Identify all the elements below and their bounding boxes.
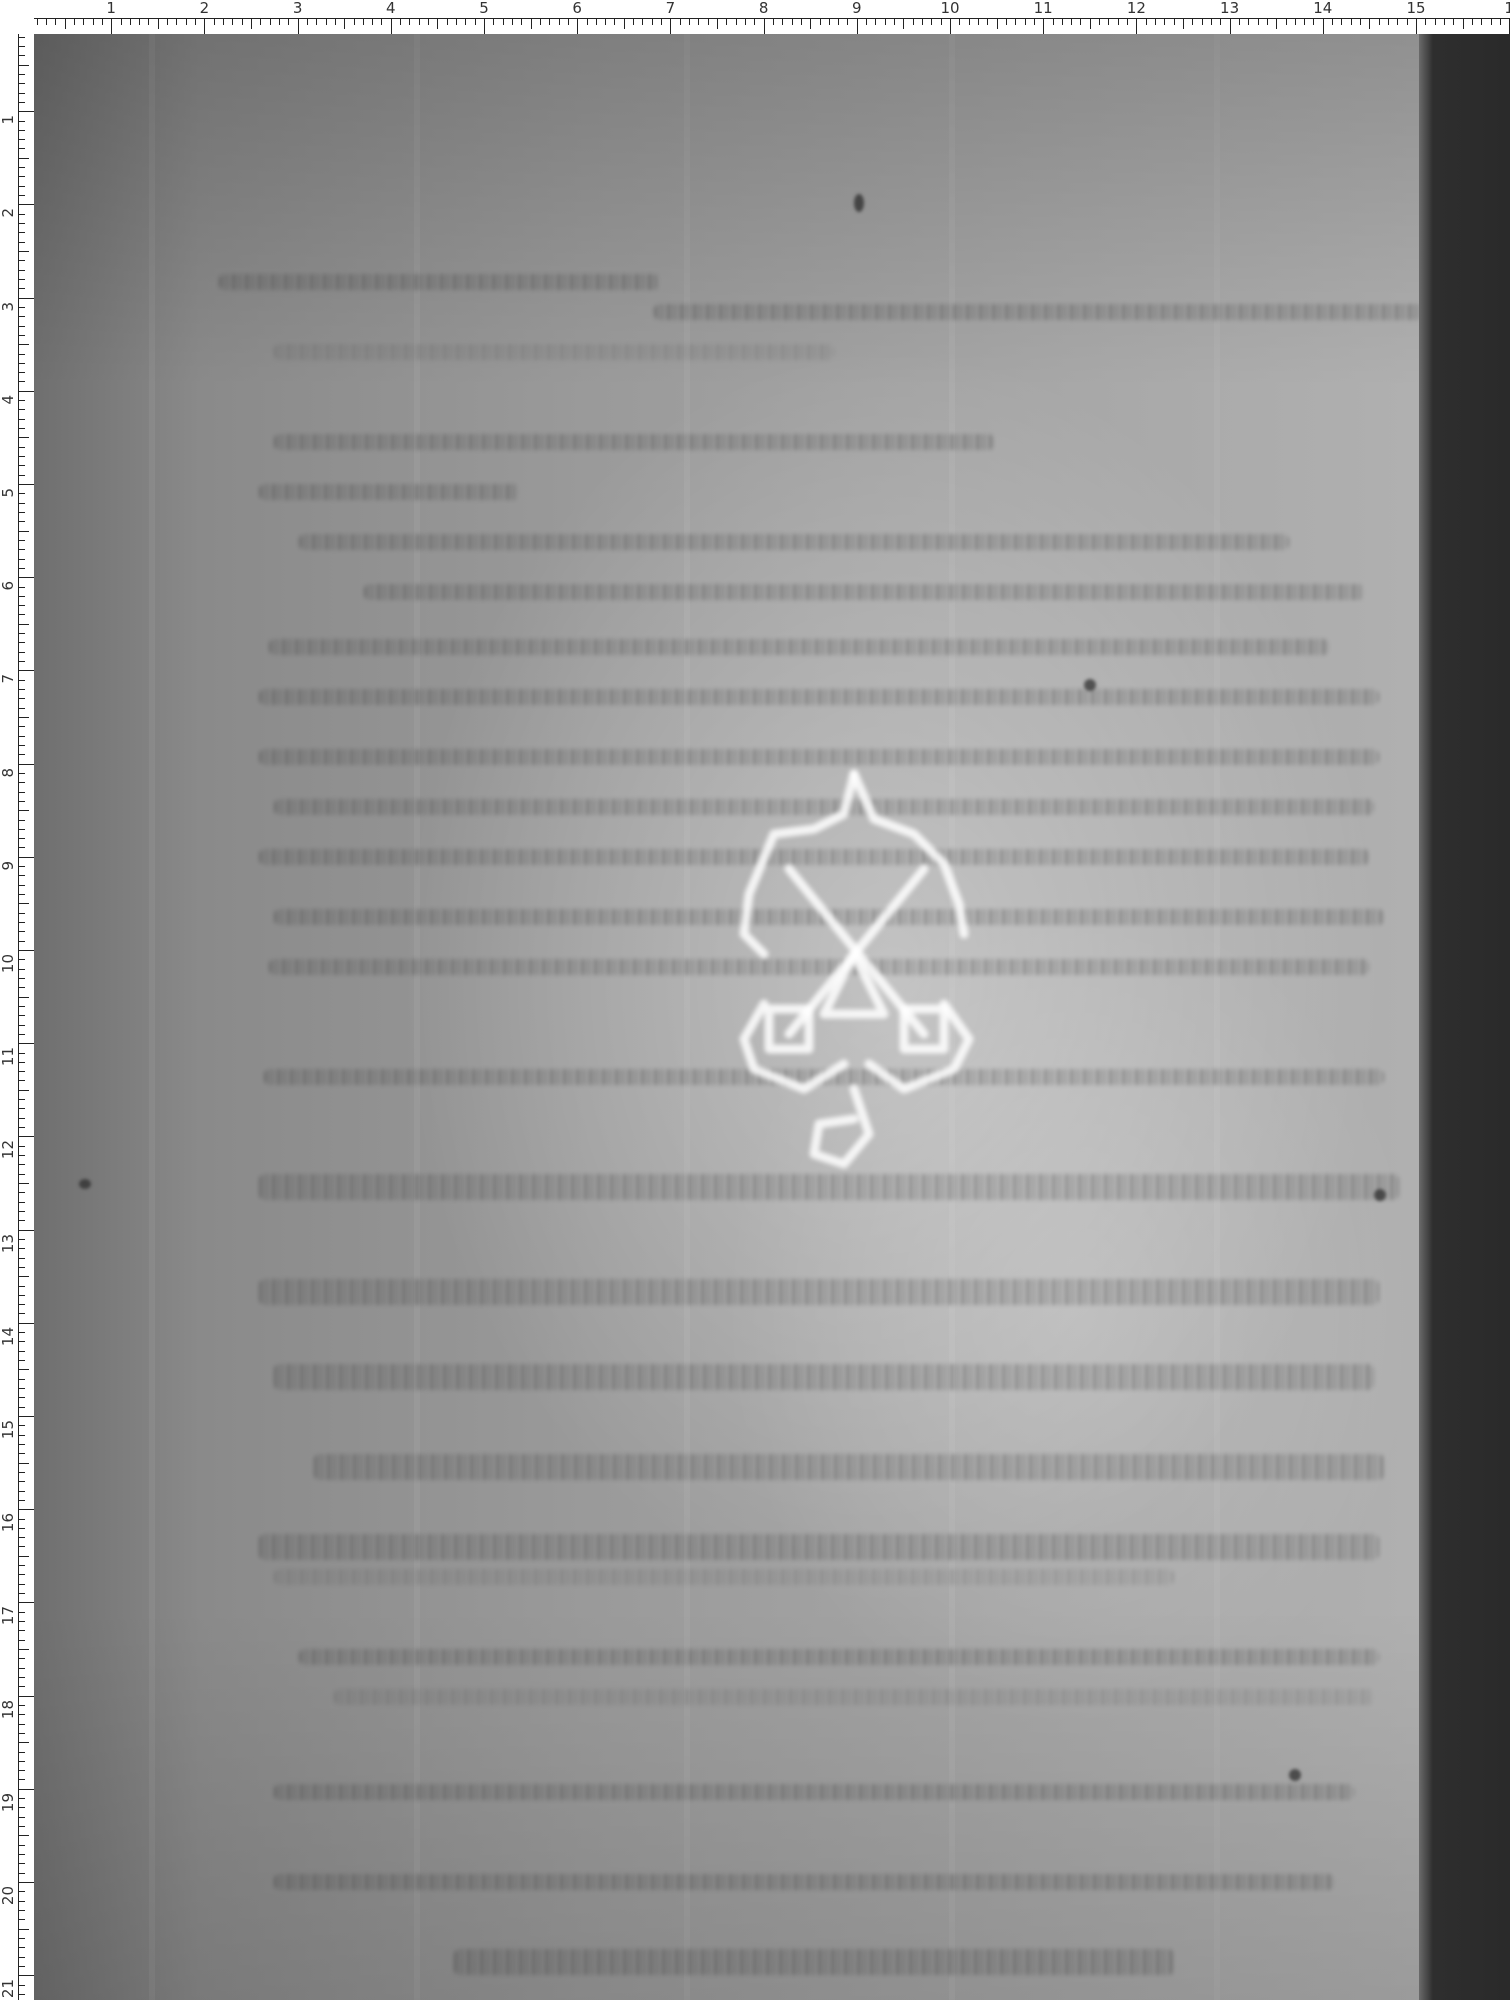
ruler-label: 1 — [106, 0, 116, 16]
ruler-tick — [18, 1686, 25, 1687]
ruler-tick — [1360, 18, 1361, 25]
ruler-tick — [18, 1509, 34, 1510]
ruler-tick — [18, 1500, 25, 1501]
ink-spot — [1289, 1769, 1301, 1781]
ruler-tick — [642, 18, 643, 25]
ruler-tick — [605, 18, 606, 25]
text-line — [264, 1069, 1384, 1085]
ruler-tick — [18, 1463, 29, 1464]
ruler-tick — [18, 298, 34, 299]
ruler-tick — [18, 1108, 25, 1109]
ruler-label: 6 — [572, 0, 582, 16]
ruler-label: 14 — [0, 1327, 16, 1346]
ruler-tick — [18, 894, 25, 895]
text-line — [269, 639, 1329, 655]
ruler-tick — [18, 1230, 34, 1231]
ruler-tick — [18, 568, 25, 569]
ruler-tick — [18, 1630, 25, 1631]
ruler-tick — [568, 18, 569, 25]
ruler-tick — [1053, 18, 1054, 25]
ruler-tick — [1220, 18, 1221, 25]
ruler-tick — [251, 18, 252, 29]
ruler-tick — [18, 1369, 29, 1370]
ruler-tick — [503, 18, 504, 25]
ruler-tick — [18, 55, 25, 56]
ruler-tick — [18, 186, 25, 187]
ruler-tick — [838, 18, 839, 25]
ruler-tick — [1202, 18, 1203, 25]
ruler-tick — [18, 587, 25, 588]
ruler-tick — [18, 829, 25, 830]
ruler-tick — [18, 1985, 25, 1986]
ruler-tick — [18, 1127, 25, 1128]
ruler-label: 11 — [1034, 0, 1053, 16]
ruler-tick — [18, 223, 25, 224]
ruler-tick — [18, 74, 25, 75]
ruler-tick — [18, 838, 25, 839]
ruler-tick — [810, 18, 811, 29]
ruler-tick — [18, 1174, 25, 1175]
ruler-label: 4 — [386, 0, 396, 16]
ruler-tick — [167, 18, 168, 25]
ruler-tick — [391, 18, 392, 34]
ruler-tick — [18, 1546, 25, 1547]
ruler-tick — [18, 670, 34, 671]
ruler-tick — [1025, 18, 1026, 25]
ruler-tick — [18, 1295, 25, 1296]
ruler-tick — [18, 875, 25, 876]
text-line — [274, 799, 1374, 815]
ruler-tick — [1183, 18, 1184, 29]
ruler-tick — [18, 717, 29, 718]
ruler-tick — [18, 363, 25, 364]
ink-spot — [854, 194, 864, 212]
ruler-tick — [1463, 18, 1464, 29]
ruler-tick — [18, 1239, 25, 1240]
ruler-tick — [18, 83, 25, 84]
ruler-tick — [18, 1136, 34, 1137]
ruler-tick — [18, 1164, 25, 1165]
chain-line — [684, 34, 690, 2000]
ruler-tick — [18, 381, 25, 382]
ruler-tick — [1071, 18, 1072, 25]
ruler-tick — [857, 18, 858, 34]
ink-spot — [1374, 1189, 1386, 1201]
ruler-tick — [18, 484, 34, 485]
ruler-tick — [624, 18, 625, 29]
ruler-tick — [18, 997, 29, 998]
ruler-tick — [18, 307, 25, 308]
ruler-tick — [512, 18, 513, 25]
ruler-tick — [65, 18, 66, 29]
ruler-tick — [698, 18, 699, 25]
ruler-tick — [18, 400, 25, 401]
ruler-label: 20 — [0, 1886, 16, 1905]
ruler-tick — [18, 1761, 25, 1762]
ruler-tick — [18, 782, 25, 783]
chain-line — [149, 34, 155, 2000]
ruler-label: 6 — [0, 581, 16, 591]
ruler-tick — [18, 1006, 25, 1007]
ruler-tick — [18, 642, 25, 643]
ruler-tick — [214, 18, 215, 25]
ruler-tick — [18, 316, 25, 317]
ruler-label: 1 — [0, 115, 16, 125]
ruler-tick — [614, 18, 615, 25]
chain-line — [414, 34, 420, 2000]
ruler-tick — [18, 1351, 25, 1352]
ruler-tick — [18, 726, 25, 727]
text-line — [274, 909, 1384, 925]
ruler-tick — [18, 978, 25, 979]
ruler-label: 3 — [0, 302, 16, 312]
ruler-tick — [680, 18, 681, 25]
ruler-tick — [1174, 18, 1175, 25]
ruler-label: 10 — [940, 0, 959, 16]
ruler-tick — [18, 680, 25, 681]
ruler-tick — [335, 18, 336, 25]
ruler-tick — [18, 1155, 25, 1156]
ruler-tick — [18, 1640, 25, 1641]
ruler-tick — [18, 1919, 25, 1920]
ruler-tick — [18, 847, 25, 848]
ruler-label: 2 — [200, 0, 210, 16]
ruler-tick — [18, 1807, 25, 1808]
text-line — [269, 959, 1369, 975]
ruler-tick — [633, 18, 634, 25]
ruler-tick — [18, 736, 25, 737]
ruler-tick — [1099, 18, 1100, 25]
ruler-tick — [316, 18, 317, 25]
ruler-tick — [1118, 18, 1119, 25]
ruler-tick — [1286, 18, 1287, 25]
ruler-tick — [18, 1034, 25, 1035]
ruler-tick — [18, 1062, 25, 1063]
ruler-tick — [475, 18, 476, 25]
ruler-tick — [922, 18, 923, 25]
ruler-tick — [661, 18, 662, 25]
ruler-tick — [18, 1779, 25, 1780]
ruler-label: 7 — [0, 674, 16, 684]
text-line — [259, 1534, 1379, 1560]
ruler-tick — [18, 820, 25, 821]
ruler-tick — [773, 18, 774, 25]
ruler-tick — [736, 18, 737, 25]
ruler-tick — [18, 941, 25, 942]
ruler-tick — [18, 139, 25, 140]
ruler-tick — [18, 773, 25, 774]
ruler-tick — [959, 18, 960, 25]
ruler-tick — [18, 1043, 34, 1044]
ruler-tick — [18, 1677, 25, 1678]
ruler-tick — [1313, 18, 1314, 25]
ruler-tick — [18, 279, 25, 280]
ruler-tick — [18, 1202, 25, 1203]
ruler-tick — [493, 18, 494, 25]
ruler-tick — [894, 18, 895, 25]
ruler-tick — [18, 1360, 25, 1361]
ruler-tick — [18, 745, 25, 746]
text-line — [219, 274, 659, 290]
ruler-tick — [1211, 18, 1212, 25]
ruler-tick — [18, 1789, 34, 1790]
ruler-label: 16 — [0, 1513, 16, 1532]
ruler-tick — [186, 18, 187, 25]
ruler-tick — [18, 959, 25, 960]
ruler-tick — [596, 18, 597, 25]
ruler-tick — [997, 18, 998, 29]
ruler-label: 17 — [0, 1606, 16, 1625]
ruler-tick — [18, 1519, 25, 1520]
text-line — [299, 1649, 1379, 1665]
text-line — [274, 434, 994, 450]
ruler-tick — [18, 111, 34, 112]
ruler-tick — [764, 18, 765, 34]
ruler-tick — [419, 18, 420, 25]
text-line — [259, 1279, 1379, 1305]
ruler-tick — [18, 270, 25, 271]
ruler-tick — [18, 130, 25, 131]
ruler-tick — [18, 456, 25, 457]
ruler-tick — [18, 288, 25, 289]
ruler-tick — [18, 1975, 34, 1976]
ruler-tick — [1258, 18, 1259, 25]
ruler-tick — [1453, 18, 1454, 25]
ruler-tick — [18, 1957, 25, 1958]
ruler-tick — [18, 801, 25, 802]
crossed-keys-watermark-icon — [694, 754, 1014, 1214]
ruler-tick — [232, 18, 233, 25]
ruler-tick — [1304, 18, 1305, 25]
ruler-tick — [1472, 18, 1473, 25]
ruler-tick — [270, 18, 271, 25]
ruler-tick — [354, 18, 355, 25]
text-line — [299, 534, 1289, 550]
ruler-tick — [18, 866, 25, 867]
ruler-tick — [540, 18, 541, 25]
ruler-tick — [83, 18, 84, 25]
ruler-tick — [18, 1584, 25, 1585]
text-line — [259, 689, 1379, 705]
ruler-tick — [18, 614, 25, 615]
ruler-tick — [18, 1332, 25, 1333]
ruler-label: 8 — [0, 768, 16, 778]
ruler-label: 1 — [1504, 0, 1510, 16]
ruler-tick — [18, 754, 25, 755]
ruler-tick — [121, 18, 122, 25]
ruler-tick — [1276, 18, 1277, 29]
text-line — [274, 344, 834, 360]
ruler-tick — [18, 857, 34, 858]
ruler-tick — [931, 18, 932, 25]
ruler-tick — [18, 1593, 25, 1594]
ruler-tick — [18, 158, 29, 159]
ruler-tick — [381, 18, 382, 25]
text-line — [274, 1569, 1174, 1585]
ruler-tick — [18, 1752, 25, 1753]
ruler-tick — [18, 1491, 25, 1492]
ruler-tick — [18, 577, 34, 578]
ruler-tick — [18, 689, 25, 690]
ruler-tick — [577, 18, 578, 34]
ruler-tick — [18, 1425, 25, 1426]
ruler-tick — [1006, 18, 1007, 25]
ruler-tick — [18, 1574, 25, 1575]
ruler-tick — [18, 605, 25, 606]
ruler-tick — [689, 18, 690, 25]
ruler-tick — [1481, 18, 1482, 25]
ruler-tick — [18, 1397, 25, 1398]
ruler-tick — [437, 18, 438, 29]
text-line — [654, 304, 1424, 320]
ruler-tick — [18, 913, 25, 914]
ruler-tick — [745, 18, 746, 25]
ruler-label: 9 — [0, 861, 16, 871]
ruler-tick — [18, 698, 25, 699]
ruler-tick — [18, 167, 25, 168]
ruler-tick — [18, 1388, 25, 1389]
ruler-tick — [18, 195, 25, 196]
ruler-tick — [1192, 18, 1193, 25]
ruler-tick — [46, 18, 47, 25]
ruler-tick — [465, 18, 466, 25]
ruler-tick — [18, 1416, 34, 1417]
ruler-tick — [18, 1910, 25, 1911]
ruler-tick — [18, 1220, 25, 1221]
ruler-label: 19 — [0, 1793, 16, 1812]
ruler-tick — [372, 18, 373, 25]
ruler-tick — [18, 1211, 25, 1212]
text-line — [274, 1784, 1354, 1800]
ruler-tick — [18, 1472, 25, 1473]
ruler-tick — [866, 18, 867, 25]
ruler-left: 123456789101112131415161718192021 — [0, 0, 34, 2000]
ruler-tick — [18, 1080, 25, 1081]
ruler-tick — [717, 18, 718, 29]
ruler-tick — [1369, 18, 1370, 29]
ruler-tick — [587, 18, 588, 25]
ruler-tick — [18, 969, 25, 970]
text-line — [274, 1874, 1334, 1890]
ruler-tick — [18, 1602, 34, 1603]
ruler-tick — [1164, 18, 1165, 25]
ruler-tick — [1136, 18, 1137, 34]
ruler-tick — [18, 531, 29, 532]
ruler-tick — [1323, 18, 1324, 34]
ruler-label: 21 — [0, 1979, 16, 1998]
ruler-tick — [223, 18, 224, 25]
ruler-tick — [484, 18, 485, 34]
ruler-tick — [18, 148, 25, 149]
ruler-tick — [18, 1276, 29, 1277]
ruler-tick — [1407, 18, 1408, 25]
ruler-tick — [1388, 18, 1389, 25]
ruler-tick — [18, 475, 25, 476]
ruler-tick — [18, 1435, 25, 1436]
ruler-label: 12 — [1127, 0, 1146, 16]
ruler-tick — [18, 1015, 25, 1016]
ruler-tick — [18, 1258, 25, 1259]
ruler-tick — [18, 1854, 25, 1855]
ruler-tick — [18, 121, 25, 122]
ruler-tick — [18, 465, 25, 466]
text-line — [259, 484, 519, 500]
ruler-tick — [18, 1379, 25, 1380]
ruler-tick — [18, 447, 25, 448]
ruler-tick — [1230, 18, 1231, 34]
ruler-tick — [559, 18, 560, 25]
ruler-label: 18 — [0, 1700, 16, 1719]
ruler-tick — [130, 18, 131, 25]
ruler-tick — [18, 1658, 25, 1659]
ruler-tick — [18, 1845, 25, 1846]
ruler-tick — [18, 549, 25, 550]
ruler-tick — [18, 1481, 25, 1482]
ruler-tick — [18, 1565, 25, 1566]
ruler-tick — [279, 18, 280, 25]
ruler-tick — [18, 624, 29, 625]
ruler-corner — [0, 0, 34, 34]
ruler-tick — [1267, 18, 1268, 25]
ruler-tick — [531, 18, 532, 29]
ruler-tick — [18, 1146, 25, 1147]
ruler-tick — [409, 18, 410, 25]
text-line — [259, 849, 1369, 865]
ruler-label: 11 — [0, 1047, 16, 1066]
ruler-tick — [18, 176, 25, 177]
ruler-tick — [148, 18, 149, 25]
ruler-tick — [820, 18, 821, 25]
text-line — [259, 1174, 1399, 1200]
ruler-tick — [941, 18, 942, 25]
ruler-tick — [18, 93, 25, 94]
ruler-tick — [400, 18, 401, 25]
ruler-tick — [447, 18, 448, 25]
ruler-tick — [363, 18, 364, 25]
ruler-tick — [18, 428, 25, 429]
ruler-tick — [18, 1612, 25, 1613]
ruler-tick — [549, 18, 550, 25]
ruler-tick — [18, 204, 34, 205]
ruler-tick — [18, 1929, 29, 1930]
ruler-tick — [18, 1891, 25, 1892]
ruler-tick — [1062, 18, 1063, 25]
ruler-tick — [18, 1528, 25, 1529]
ruler-tick — [18, 521, 25, 522]
ruler-label: 9 — [852, 0, 862, 16]
ruler-tick — [1015, 18, 1016, 25]
ruler-tick — [1295, 18, 1296, 25]
ruler-tick — [913, 18, 914, 25]
ruler-tick — [102, 18, 103, 25]
ruler-tick — [829, 18, 830, 25]
ruler-tick — [18, 354, 25, 355]
ruler-label: 3 — [293, 0, 303, 16]
ruler-tick — [18, 1938, 25, 1939]
ruler-tick — [792, 18, 793, 25]
ruler-tick — [18, 1453, 25, 1454]
text-line — [259, 749, 1379, 765]
ruler-tick — [18, 987, 25, 988]
chain-line — [949, 34, 955, 2000]
ruler-label: 7 — [666, 0, 676, 16]
ruler-tick — [18, 559, 25, 560]
ruler-tick — [18, 792, 25, 793]
ruler-tick — [288, 18, 289, 25]
ruler-tick — [18, 1835, 29, 1836]
ruler-tick — [708, 18, 709, 25]
ruler-tick — [18, 1267, 25, 1268]
